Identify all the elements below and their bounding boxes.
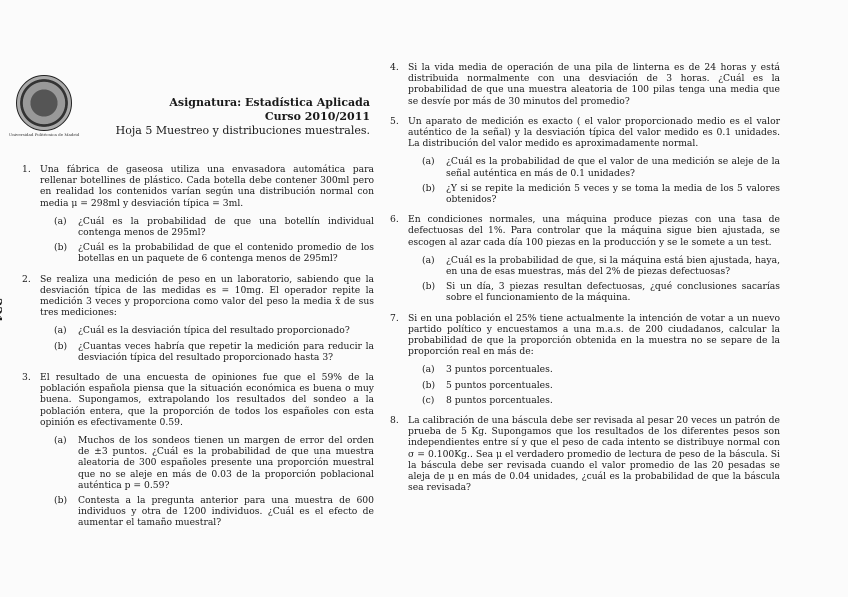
sub-questions: (a)3 puntos porcentuales.(b)5 puntos por… <box>408 364 780 406</box>
sub-label: (c) <box>422 395 434 406</box>
problem-statement: Una fábrica de gaseosa utiliza una envas… <box>40 164 374 209</box>
problem-2: 2.Se realiza una medición de peso en un … <box>22 274 374 363</box>
sub-text: Contesta a la pregunta anterior para una… <box>78 495 374 528</box>
sub-label: (b) <box>422 281 435 292</box>
problem-6: 6.En condiciones normales, una máquina p… <box>390 214 780 303</box>
sub-label: (b) <box>422 380 435 391</box>
problem-number: 6. <box>390 214 399 225</box>
problem-5: 5.Un aparato de medición es exacto ( el … <box>390 116 780 205</box>
sub-question: (b)Si un día, 3 piezas resultan defectuo… <box>408 281 780 303</box>
problem-statement: La calibración de una báscula debe ser r… <box>408 415 780 493</box>
sub-questions: (a)¿Cuál es la probabilidad de que, si l… <box>408 255 780 304</box>
sub-questions: (a)Muchos de los sondeos tienen un marge… <box>40 435 374 529</box>
problem-number: 1. <box>22 164 31 175</box>
sub-questions: (a)¿Cuál es la desviación típica del res… <box>40 325 374 363</box>
sub-question: (a)¿Cuál es la probabilidad de que el va… <box>408 156 780 178</box>
sub-question: (b)Contesta a la pregunta anterior para … <box>40 495 374 529</box>
subject-title: Asignatura: Estadística Aplicada <box>116 96 370 110</box>
sub-questions: (a)¿Cuál es la probabilidad de que una b… <box>40 216 374 265</box>
sub-question: (a)¿Cuál es la desviación típica del res… <box>40 325 374 336</box>
sub-text: ¿Cuantas veces habría que repetir la med… <box>78 341 374 363</box>
problem-3: 3.El resultado de una encuesta de opinio… <box>22 372 374 529</box>
sub-label: (a) <box>54 216 67 227</box>
sub-question: (a)Muchos de los sondeos tienen un marge… <box>40 435 374 491</box>
problem-statement: Un aparato de medición es exacto ( el va… <box>408 116 780 150</box>
problem-7: 7.Si en una población el 25% tiene actua… <box>390 313 780 406</box>
left-column: 1.Una fábrica de gaseosa utiliza una env… <box>22 164 374 538</box>
sub-label: (a) <box>54 325 67 336</box>
sub-label: (b) <box>54 495 67 506</box>
logo-caption: Universidad Politécnica de Madrid <box>8 132 80 137</box>
sub-label: (b) <box>422 183 435 194</box>
problem-8: 8.La calibración de una báscula debe ser… <box>390 415 780 493</box>
sheet-title: Hoja 5 Muestreo y distribuciones muestra… <box>116 124 370 138</box>
sub-question: (c)8 puntos porcentuales. <box>408 395 780 406</box>
sub-question: (a)¿Cuál es la probabilidad de que, si l… <box>408 255 780 277</box>
problem-statement: Se realiza una medición de peso en un la… <box>40 274 374 319</box>
sub-label: (a) <box>422 255 435 266</box>
page-stamp: 221 <box>0 298 4 323</box>
problem-statement: El resultado de una encuesta de opinione… <box>40 372 374 428</box>
sub-text: 3 puntos porcentuales. <box>446 364 553 375</box>
course-year: Curso 2010/2011 <box>116 110 370 124</box>
problem-number: 7. <box>390 313 399 324</box>
problem-1: 1.Una fábrica de gaseosa utiliza una env… <box>22 164 374 265</box>
sub-label: (b) <box>54 341 67 352</box>
sub-text: 8 puntos porcentuales. <box>446 395 553 406</box>
problem-number: 2. <box>22 274 31 285</box>
sub-question: (a)3 puntos porcentuales. <box>408 364 780 375</box>
sub-question: (b)5 puntos porcentuales. <box>408 380 780 391</box>
sub-text: ¿Cuál es la probabilidad de que una bote… <box>78 216 374 238</box>
sub-question: (a)¿Cuál es la probabilidad de que una b… <box>40 216 374 238</box>
problem-4: 4.Si la vida media de operación de una p… <box>390 62 780 107</box>
exercise-sheet: Universidad Politécnica de Madrid Asigna… <box>0 0 848 597</box>
sub-text: ¿Cuál es la probabilidad de que el valor… <box>446 156 780 178</box>
sub-question: (b)¿Cuál es la probabilidad de que el co… <box>40 242 374 264</box>
problem-statement: En condiciones normales, una máquina pro… <box>408 214 780 248</box>
sub-text: Si un día, 3 piezas resultan defectuosas… <box>446 281 780 303</box>
problem-statement: Si la vida media de operación de una pil… <box>408 62 780 107</box>
problem-number: 8. <box>390 415 399 426</box>
sub-text: ¿Cuál es la probabilidad de que, si la m… <box>446 255 780 277</box>
sub-questions: (a)¿Cuál es la probabilidad de que el va… <box>408 156 780 205</box>
sub-question: (b)¿Cuantas veces habría que repetir la … <box>40 341 374 363</box>
problem-number: 3. <box>22 372 31 383</box>
sub-label: (a) <box>422 156 435 167</box>
university-seal-icon <box>16 75 72 131</box>
sub-question: (b)¿Y si se repite la medición 5 veces y… <box>408 183 780 205</box>
problem-number: 4. <box>390 62 399 73</box>
sub-text: Muchos de los sondeos tienen un margen d… <box>78 435 374 491</box>
sub-text: ¿Cuál es la desviación típica del result… <box>78 325 350 336</box>
sub-text: 5 puntos porcentuales. <box>446 380 553 391</box>
problem-number: 5. <box>390 116 399 127</box>
right-column: 4.Si la vida media de operación de una p… <box>390 62 780 503</box>
sheet-header: Asignatura: Estadística Aplicada Curso 2… <box>116 96 370 138</box>
problem-statement: Si en una población el 25% tiene actualm… <box>408 313 780 358</box>
sub-text: ¿Cuál es la probabilidad de que el conte… <box>78 242 374 264</box>
sub-text: ¿Y si se repite la medición 5 veces y se… <box>446 183 780 205</box>
sub-label: (a) <box>54 435 67 446</box>
sub-label: (b) <box>54 242 67 253</box>
sub-label: (a) <box>422 364 435 375</box>
